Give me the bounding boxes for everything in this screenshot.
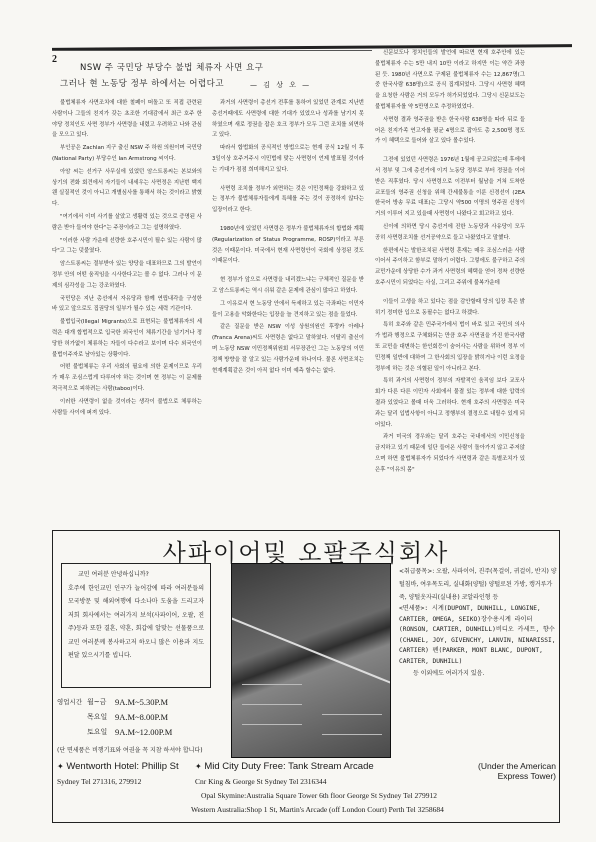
paragraph: 특히 과거의 사면령이 정부의 자발적인 움직임 보다 교포사회가 다른 다른 … <box>375 376 525 430</box>
paragraph: "여기에서 이미 사기를 살았고 생활력 있는 것으로 증명된 사람은 받아 들… <box>52 212 202 234</box>
article-column-2: 과거의 사면령이 총선거 전후를 통하여 있었던 관계로 지난번 총선거때에도 … <box>212 98 364 530</box>
hours-row: 영업시간 월~금 9A.M~5.30P.M <box>57 694 227 709</box>
hours-time: 9A.M~8.00P.M <box>115 712 168 722</box>
advertisement: 사파이어및 오팔주식회사 교민 여러분 안녕하십니까? 호주에 한인교민 인구가… <box>52 530 560 823</box>
hours-day: 목요일 <box>87 712 115 722</box>
greeting-box: 교민 여러분 안녕하십니까? 호주에 한인교민 인구가 늘어감에 따라 여러분들… <box>61 563 211 688</box>
midcity-tel: Cnr King & George St Sydney Tel 2316344 <box>195 777 326 786</box>
article-column-3: 신문보도나 정치인들의 발언에 따르면 현재 호주안에 있는 불법체류자 수는 … <box>375 48 525 528</box>
hours-day: 토요일 <box>87 727 115 737</box>
paragraph: 부인공은 Zachlan 지구 출신 NSW 주 하원 의원이며 국민당(Nat… <box>52 143 202 165</box>
paragraph: 사면령 조치를 정부가 외면하는 것은 이민정책을 강화하고 있는 정부가 불법… <box>212 184 364 216</box>
paragraph: 이들이 고생을 하고 있다는 점을 감안할때 당의 입장 혹은 밝히기 정미한 … <box>375 297 525 319</box>
headline: NSW 주 국민당 부당수 불법 체류자 사면 요구 그러나 현 노동당 정부 … <box>60 60 370 92</box>
location-skymine: Opal Skymine:Australia Square Tower 6th … <box>201 791 437 800</box>
duty-free-products: <면세품>: 시계(DUPONT, DUNHILL, LONGINE, CART… <box>399 604 557 667</box>
star-bullet-icon: ✦ <box>57 762 64 771</box>
business-hours: 영업시간 월~금 9A.M~5.30P.M 목요일 9A.M~8.00P.M 토… <box>57 694 227 739</box>
paragraph: 사면령 결과 영주권을 받은 한국사람 638명을 따라 뒤로 들어온 친지가족… <box>375 115 525 147</box>
location-wentworth: ✦ Wentworth Hotel: Phillip St <box>57 761 179 772</box>
hours-label: 영업시간 <box>57 697 87 706</box>
star-bullet-icon: ✦ <box>195 762 202 771</box>
paragraph: 그전에 있었던 사면령은 1976년 1월에 공고되었는데 후에에서 정부 및 … <box>375 155 525 220</box>
newspaper-page: 2 NSW 주 국민당 부당수 불법 체류자 사면 요구 그러나 현 노동당 정… <box>0 0 596 842</box>
byline: — 김 상 오 — <box>250 80 311 90</box>
hours-row: 목요일 9A.M~8.00P.M <box>57 709 227 724</box>
paragraph: 아암 씨는 선거구 사무실에 있었던 암스트롱씨는 본보와의 상기의 전화 회견… <box>52 167 202 210</box>
main-products: <취급품목>: 오팔, 사파이어, 진주(목걸이, 귀걸이, 반지) 양털침바,… <box>399 565 557 604</box>
products-closing: 등 이외에도 여러가지 있음. <box>399 667 557 680</box>
greeting-body: 호주에 한인교민 인구가 늘어감에 따라 여러분들의 모국방문 및 해외여행에 … <box>68 582 204 663</box>
wentworth-tel: Sydney Tel 271316, 279912 <box>57 777 141 786</box>
hours-time: 9A.M~12.00P.M <box>115 727 172 737</box>
paragraph: 1980년에 있었던 사면령은 정부가 불법체류자의 합법화 계획(Regula… <box>212 224 364 267</box>
paragraph: 한편에서는 발한조치된 사면령 혼재는 매우 조심스러운 사람이어서 주이하고 … <box>375 246 525 289</box>
duty-free-label: <면세품> <box>399 605 424 612</box>
page-number: 2 <box>52 54 57 65</box>
hours-day: 월~금 <box>87 697 115 707</box>
midcity-note: (Under the American Express Tower) <box>446 761 556 781</box>
paragraph: 불법체류자 사면조치에 대한 철폐이 떠돌고 또 직접 관련된 사람이나 그들의… <box>52 98 202 141</box>
location-midcity: ✦ Mid City Duty Free: Tank Stream Arcade <box>195 761 374 772</box>
article-column-1: 불법체류자 사면조치에 대한 철폐이 떠돌고 또 직접 관련된 사람이나 그들의… <box>52 98 202 520</box>
paragraph: 어떤 불법체류는 우리 사회의 필요에 의한 문제이므로 우리가 매우 조심스럽… <box>52 362 202 394</box>
headline-line-1: NSW 주 국민당 부당수 불법 체류자 사면 요구 <box>60 60 370 76</box>
paragraph: 암스트롱씨는 절부받아 있는 양당을 대표하므로 그의 발언이 정부 안의 어떤… <box>52 259 202 291</box>
paragraph: 같은 질문을 받은 NSW 이성 상원의원인 후랑카 아레나(Franca Ar… <box>212 322 364 376</box>
paragraph: "이러한 사람 가운데 선량한 호주시민이 될수 있는 사람이 많다"고 그는 … <box>52 236 202 258</box>
paragraph: 그 이유로서 현 노동당 안에서 득세하고 있는 극좌파는 이민자들이 고용을 … <box>212 299 364 321</box>
headline-line-2: 그러나 현 노동당 정부 하에서는 어렵다고 <box>60 76 370 92</box>
greeting-salutation: 교민 여러분 안녕하십니까? <box>68 568 204 582</box>
paragraph: 따라서 합법화의 공식적인 방법으로는 현재 공식 12월 이 후 3일이상 호… <box>212 143 364 175</box>
hours-time: 9A.M~5.30P.M <box>115 697 168 707</box>
top-rule-thin <box>52 50 372 51</box>
hours-row: 토요일 9A.M~12.00P.M <box>57 724 227 739</box>
duty-free-note: (단 면세품은 비행기표와 여권을 꼭 지참 하셔야 합니다) <box>57 745 222 757</box>
main-products-label: <취급품목> <box>399 568 432 575</box>
store-photo <box>231 563 391 758</box>
paragraph: 이러한 사면령이 없을 것이라는 생각이 불법으로 체류하는 사람들 사이에 퍼… <box>52 397 202 419</box>
paragraph: 현 정부가 앞으로 사면령을 내리겠느냐는 구체적인 질문을 받고 암스트롱씨는… <box>212 275 364 297</box>
location-western-australia: Western Australia:Shop 1 St, Martin's Ar… <box>191 805 444 814</box>
paragraph: 과거 미국의 경우와는 달리 호주는 국내에서의 이민신청을 금지하고 있기 때… <box>375 432 525 475</box>
paragraph: 국민당은 지난 총선에서 자유당과 함께 연립내각을 구성한 바 있고 앞으로도… <box>52 294 202 316</box>
paragraph: 신문보도나 정치인들의 발언에 따르면 현재 호주안에 있는 불법체류자 수는 … <box>375 48 525 113</box>
paragraph: 불법입국(Illegal Migrants)으로 표현되는 불법체류자의 세력은… <box>52 317 202 360</box>
paragraph: 과거의 사면령이 총선거 전후를 통하여 있었던 관계로 지난번 총선거때에도 … <box>212 98 364 141</box>
paragraph: 신이에 의하면 당시 총선거에 진한 노동당과 사유당이 모두 공히 사면령조치… <box>375 222 525 244</box>
paragraph: 특히 호주와 같은 민주국가에서 법이 바로 있고 국민의 의사가 법과 행정으… <box>375 320 525 374</box>
product-list: <취급품목>: 오팔, 사파이어, 진주(목걸이, 귀걸이, 반지) 양털침바,… <box>399 565 557 680</box>
